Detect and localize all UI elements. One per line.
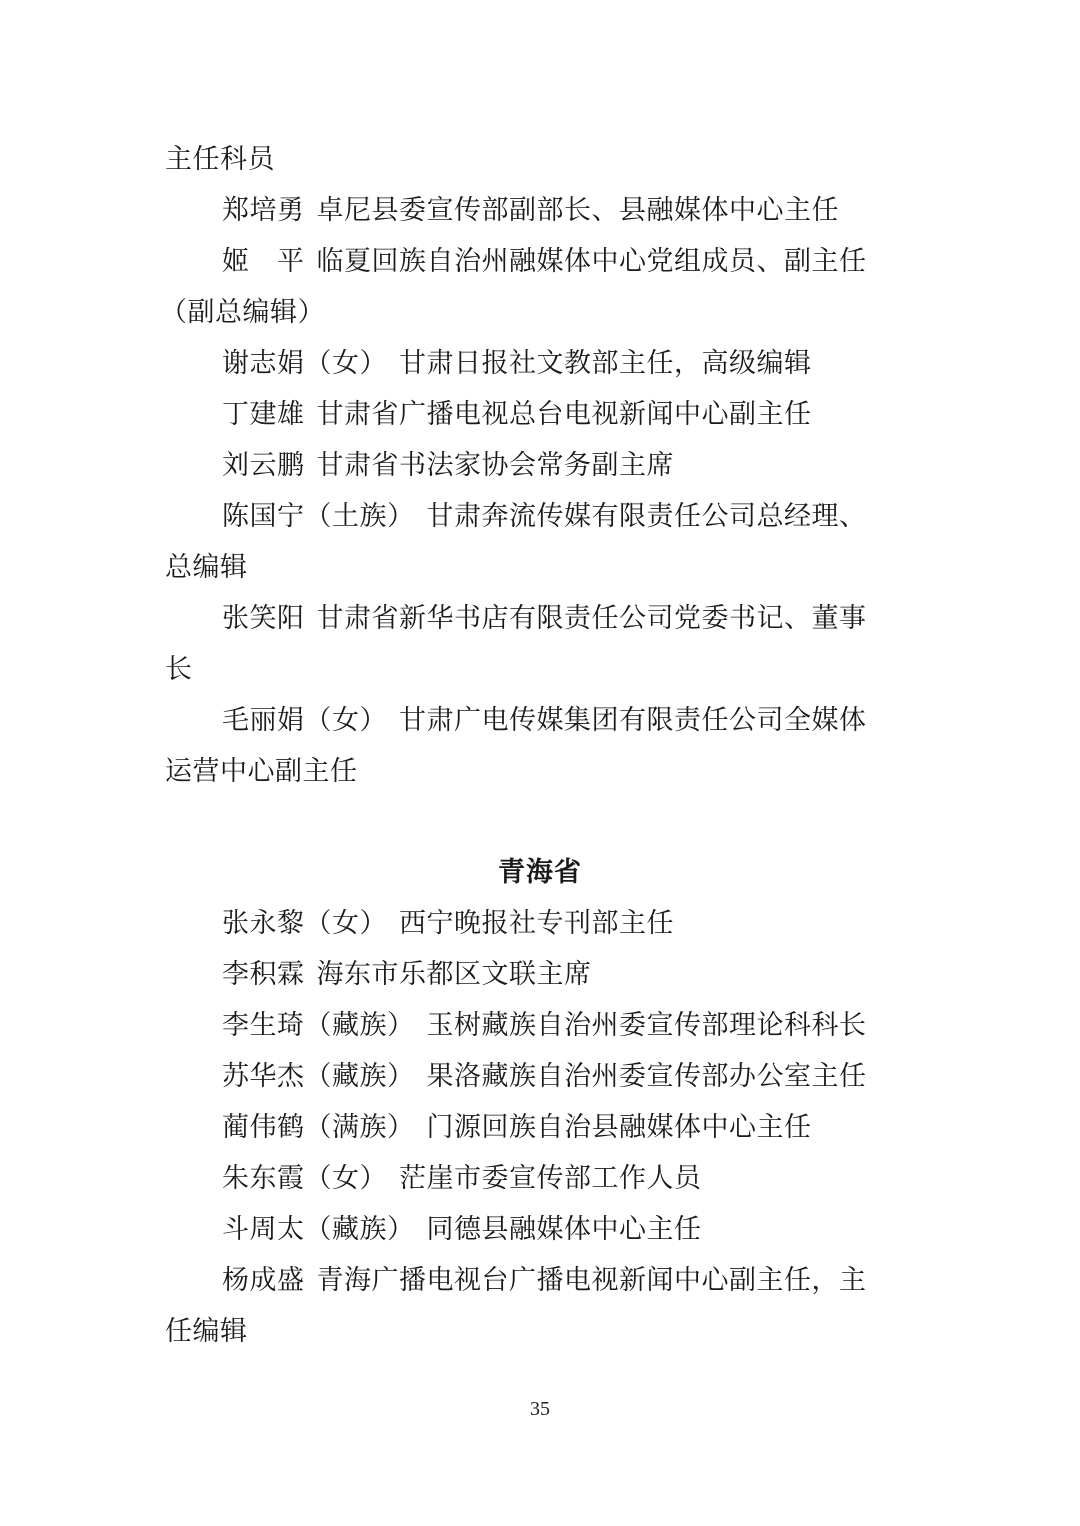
list-item: 斗周太（藏族）同德县融媒体中心主任 <box>222 1213 702 1247</box>
list-item: 李生琦（藏族）玉树藏族自治州委宣传部理论科科长 <box>222 1009 867 1043</box>
person-title: 甘肃奔流传媒有限责任公司总经理、 <box>427 501 867 532</box>
person-name: 刘云鹏 <box>222 450 305 481</box>
person-title: 甘肃广电传媒集团有限责任公司全媒体 <box>399 705 867 736</box>
person-name: 姬 平 <box>222 246 305 277</box>
person-note: （女） <box>305 1163 388 1194</box>
person-note: （藏族） <box>305 1061 415 1092</box>
person-title: 茫崖市委宣传部工作人员 <box>399 1163 702 1194</box>
person-title: 门源回族自治县融媒体中心主任 <box>427 1112 812 1143</box>
list-item: 杨成盛青海广播电视台广播电视新闻中心副主任，主 <box>222 1264 867 1298</box>
person-name: 蔺伟鹤 <box>222 1112 305 1143</box>
person-title: 果洛藏族自治州委宣传部办公室主任 <box>427 1061 867 1092</box>
person-title: 甘肃省新华书店有限责任公司党委书记、董事 <box>317 603 867 634</box>
list-item: 刘云鹏甘肃省书法家协会常务副主席 <box>222 449 674 483</box>
person-title: 甘肃省广播电视总台电视新闻中心副主任 <box>317 399 812 430</box>
list-item: 蔺伟鹤（满族）门源回族自治县融媒体中心主任 <box>222 1111 812 1145</box>
person-name: 郑培勇 <box>222 195 305 226</box>
person-note: （土族） <box>305 501 415 532</box>
list-item-wrap: 总编辑 <box>165 551 248 585</box>
person-title: 临夏回族自治州融媒体中心党组成员、副主任 <box>317 246 867 277</box>
list-item: 陈国宁（土族）甘肃奔流传媒有限责任公司总经理、 <box>222 500 867 534</box>
person-name: 苏华杰 <box>222 1061 305 1092</box>
person-name: 谢志娟 <box>222 348 305 379</box>
person-note: （女） <box>305 348 388 379</box>
list-item: 谢志娟（女）甘肃日报社文教部主任，高级编辑 <box>222 347 812 381</box>
person-title: 同德县融媒体中心主任 <box>427 1214 702 1245</box>
person-note: （满族） <box>305 1112 415 1143</box>
person-name: 丁建雄 <box>222 399 305 430</box>
person-note: （女） <box>305 908 388 939</box>
person-title: 甘肃省书法家协会常务副主席 <box>317 450 675 481</box>
person-name: 斗周太 <box>222 1214 305 1245</box>
document-page: 主任科员 郑培勇卓尼县委宣传部副部长、县融媒体中心主任 姬 平临夏回族自治州融媒… <box>0 0 1080 1526</box>
list-item: 张永黎（女）西宁晚报社专刊部主任 <box>222 907 674 941</box>
list-item: 毛丽娟（女）甘肃广电传媒集团有限责任公司全媒体 <box>222 704 867 738</box>
person-note: （藏族） <box>305 1214 415 1245</box>
person-name: 朱东霞 <box>222 1163 305 1194</box>
list-item: 张笑阳甘肃省新华书店有限责任公司党委书记、董事 <box>222 602 867 636</box>
continuation-text: 主任科员 <box>165 143 275 177</box>
list-item: 郑培勇卓尼县委宣传部副部长、县融媒体中心主任 <box>222 194 839 228</box>
list-item: 苏华杰（藏族）果洛藏族自治州委宣传部办公室主任 <box>222 1060 867 1094</box>
person-name: 张笑阳 <box>222 603 305 634</box>
person-name: 陈国宁 <box>222 501 305 532</box>
person-title: 卓尼县委宣传部副部长、县融媒体中心主任 <box>317 195 840 226</box>
list-item: 朱东霞（女）茫崖市委宣传部工作人员 <box>222 1162 702 1196</box>
list-item-wrap: 任编辑 <box>165 1315 248 1349</box>
list-item-wrap: 长 <box>165 653 193 687</box>
person-title: 玉树藏族自治州委宣传部理论科科长 <box>427 1010 867 1041</box>
person-title: 西宁晚报社专刊部主任 <box>399 908 674 939</box>
page-number: 35 <box>0 1398 1080 1421</box>
list-item-wrap: （副总编辑） <box>160 296 325 330</box>
person-title: 海东市乐都区文联主席 <box>317 959 592 990</box>
person-name: 李积霖 <box>222 959 305 990</box>
person-name: 张永黎 <box>222 908 305 939</box>
list-item-wrap: 运营中心副主任 <box>165 755 358 789</box>
person-name: 杨成盛 <box>222 1265 305 1296</box>
section-heading: 青海省 <box>0 856 1080 890</box>
person-title: 青海广播电视台广播电视新闻中心副主任，主 <box>317 1265 867 1296</box>
list-item: 姬 平临夏回族自治州融媒体中心党组成员、副主任 <box>222 245 867 279</box>
person-note: （女） <box>305 705 388 736</box>
person-name: 毛丽娟 <box>222 705 305 736</box>
person-note: （藏族） <box>305 1010 415 1041</box>
list-item: 李积霖海东市乐都区文联主席 <box>222 958 592 992</box>
person-title: 甘肃日报社文教部主任，高级编辑 <box>399 348 812 379</box>
list-item: 丁建雄甘肃省广播电视总台电视新闻中心副主任 <box>222 398 812 432</box>
person-name: 李生琦 <box>222 1010 305 1041</box>
